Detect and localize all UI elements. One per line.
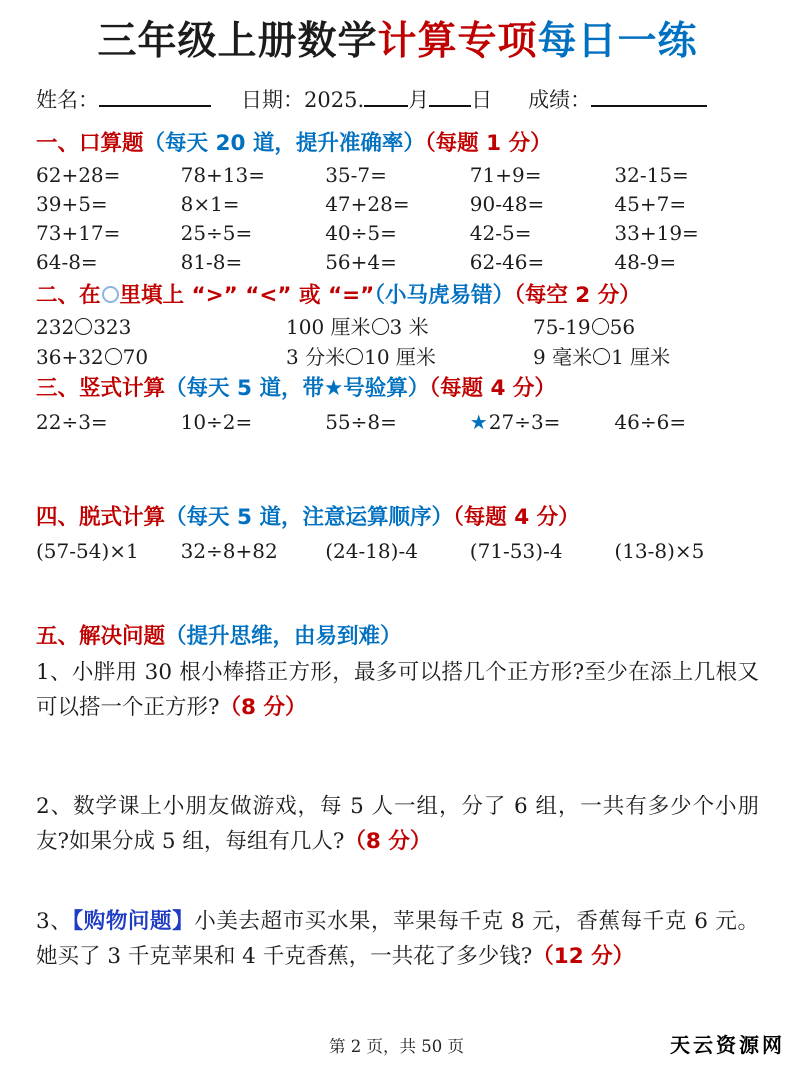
date-year: 2025.	[304, 88, 364, 112]
section-5-hint: （提升思维，由易到难）	[165, 624, 402, 649]
name-blank	[99, 85, 211, 107]
circle-icon	[75, 318, 92, 335]
compare-left: 75-19	[533, 315, 591, 339]
compare-right: 10 厘米	[364, 345, 436, 369]
page-title: 三年级上册数学计算专项每日一练	[36, 18, 759, 66]
word-problem-text: 小胖用 30 根小棒搭正方形，最多可以搭几个正方形?至少在添上几根又可以搭一个正…	[36, 660, 759, 720]
oral-problem: 42-5=	[470, 219, 615, 248]
compare-item: 3 分米10 厘米	[286, 342, 533, 372]
stepwise-problem: 32÷8+82	[181, 537, 326, 565]
title-part-black: 三年级上册数学	[97, 19, 377, 64]
word-problem-1: 1、小胖用 30 根小棒搭正方形，最多可以搭几个正方形?至少在添上几根又可以搭一…	[36, 655, 759, 725]
stepwise-problem: (57-54)×1	[36, 537, 181, 565]
word-problem-number: 1、	[36, 660, 72, 685]
oral-problem: 62-46=	[470, 248, 615, 277]
date-label: 日期：	[241, 88, 304, 112]
watermark-text: 天云资源网	[670, 1029, 785, 1058]
vertical-problem: 27÷3=	[489, 410, 561, 434]
vertical-problem: 10÷2=	[181, 408, 326, 436]
section-2-hint: （小马虎易错）	[374, 283, 514, 308]
compare-item: 232323	[36, 312, 286, 342]
oral-problem: 47+28=	[325, 190, 470, 219]
stepwise-problem-row: (57-54)×1 32÷8+82 (24-18)-4 (71-53)-4 (1…	[36, 537, 759, 565]
compare-right: 3 米	[390, 315, 429, 339]
oral-problem: 45+7=	[614, 190, 759, 219]
compare-left: 232	[36, 315, 74, 339]
section-2-heading: 二、在里填上 “>” “<” 或 “=”（小马虎易错）（每空 2 分）	[36, 282, 759, 309]
oral-problem: 62+28=	[36, 161, 181, 190]
oral-problem: 73+17=	[36, 219, 181, 248]
title-part-blue: 每日一练	[538, 19, 698, 64]
section-4-hint: （每天 5 道，注意运算顺序）	[165, 505, 453, 530]
oral-problem: 8×1=	[181, 190, 326, 219]
section-1-heading: 一、口算题（每天 20 道，提升准确率）（每题 1 分）	[36, 130, 759, 157]
section-5-heading: 五、解决问题（提升思维，由易到难）	[36, 623, 759, 650]
oral-problem: 56+4=	[325, 248, 470, 277]
section-2-title-b: 里填上 “>” “<” 或 “=”	[120, 283, 375, 308]
month-blank	[364, 85, 408, 107]
vertical-problem-row: 22÷3= 10÷2= 55÷8= ★27÷3= 46÷6=	[36, 408, 759, 436]
student-info-row: 姓名：日期：2025.月日成绩：	[36, 85, 759, 113]
compare-left: 3 分米	[286, 345, 345, 369]
compare-left: 9 毫米	[533, 345, 592, 369]
section-3-hint: （每天 5 道，带★号验算）	[165, 376, 429, 401]
oral-problem: 33+19=	[614, 219, 759, 248]
oral-problem: 39+5=	[36, 190, 181, 219]
compare-right: 323	[93, 315, 131, 339]
section-4-score: （每题 4 分）	[453, 505, 580, 530]
title-part-red: 计算专项	[377, 19, 537, 64]
circle-icon	[102, 286, 119, 303]
oral-problem: 25÷5=	[181, 219, 326, 248]
oral-problem: 32-15=	[614, 161, 759, 190]
circle-icon	[346, 348, 363, 365]
word-problem-score: （8 分）	[344, 829, 431, 854]
worksheet-page: 三年级上册数学计算专项每日一练 姓名：日期：2025.月日成绩： 一、口算题（每…	[0, 0, 793, 974]
oral-problem: 81-8=	[181, 248, 326, 277]
word-problem-number: 3、	[36, 909, 72, 934]
day-label: 日	[471, 88, 492, 112]
section-3-heading: 三、竖式计算（每天 5 道，带★号验算）（每题 4 分）	[36, 375, 759, 402]
stepwise-problem: (24-18)-4	[325, 537, 470, 565]
compare-item: 75-1956	[533, 312, 759, 342]
oral-problem: 64-8=	[36, 248, 181, 277]
month-label: 月	[408, 88, 429, 112]
word-problem-3: 3、【购物问题】小美去超市买水果，苹果每千克 8 元，香蕉每千克 6 元。她买了…	[36, 904, 759, 974]
compare-problem-grid: 232323 100 厘米3 米 75-1956 36+3270 3 分米10 …	[36, 312, 759, 372]
compare-right: 1 厘米	[611, 345, 670, 369]
vertical-problem: 55÷8=	[325, 408, 470, 436]
word-problem-score: （12 分）	[532, 944, 634, 969]
stepwise-problem: (13-8)×5	[614, 537, 759, 565]
vertical-problem-starred: ★27÷3=	[470, 408, 615, 436]
compare-left: 100 厘米	[286, 315, 371, 339]
word-problem-label: 【购物问题】	[72, 909, 194, 934]
circle-icon	[372, 318, 389, 335]
word-problem-score: （8 分）	[220, 695, 307, 720]
name-label: 姓名：	[36, 88, 99, 112]
circle-icon	[593, 348, 610, 365]
circle-icon	[592, 318, 609, 335]
compare-item: 100 厘米3 米	[286, 312, 533, 342]
section-2-title-a: 二、在	[36, 283, 101, 308]
compare-right: 56	[610, 315, 635, 339]
oral-problem: 35-7=	[325, 161, 470, 190]
section-1-title: 一、口算题	[36, 131, 144, 156]
compare-right: 70	[123, 345, 148, 369]
oral-problem: 48-9=	[614, 248, 759, 277]
section-2-score: （每空 2 分）	[514, 283, 641, 308]
day-blank	[429, 85, 471, 107]
section-1-hint: （每天 20 道，提升准确率）	[144, 131, 425, 156]
score-label: 成绩：	[528, 88, 591, 112]
oral-problem-grid: 62+28= 78+13= 35-7= 71+9= 32-15= 39+5= 8…	[36, 161, 759, 277]
oral-problem: 71+9=	[470, 161, 615, 190]
section-4-heading: 四、脱式计算（每天 5 道，注意运算顺序）（每题 4 分）	[36, 504, 759, 531]
compare-left: 36+32	[36, 345, 104, 369]
vertical-problem: 46÷6=	[614, 408, 759, 436]
section-3-score: （每题 4 分）	[429, 376, 556, 401]
oral-problem: 78+13=	[181, 161, 326, 190]
oral-problem: 90-48=	[470, 190, 615, 219]
section-4-title: 四、脱式计算	[36, 505, 165, 530]
compare-item: 9 毫米1 厘米	[533, 342, 759, 372]
star-icon: ★	[470, 410, 488, 434]
stepwise-problem: (71-53)-4	[470, 537, 615, 565]
compare-item: 36+3270	[36, 342, 286, 372]
oral-problem: 40÷5=	[325, 219, 470, 248]
word-problem-number: 2、	[36, 794, 73, 819]
section-3-title: 三、竖式计算	[36, 376, 165, 401]
vertical-problem: 22÷3=	[36, 408, 181, 436]
section-1-score: （每题 1 分）	[425, 131, 552, 156]
circle-icon	[105, 348, 122, 365]
word-problem-2: 2、数学课上小朋友做游戏，每 5 人一组，分了 6 组，一共有多少个小朋友?如果…	[36, 789, 759, 859]
section-5-title: 五、解决问题	[36, 624, 165, 649]
score-blank	[591, 85, 707, 107]
